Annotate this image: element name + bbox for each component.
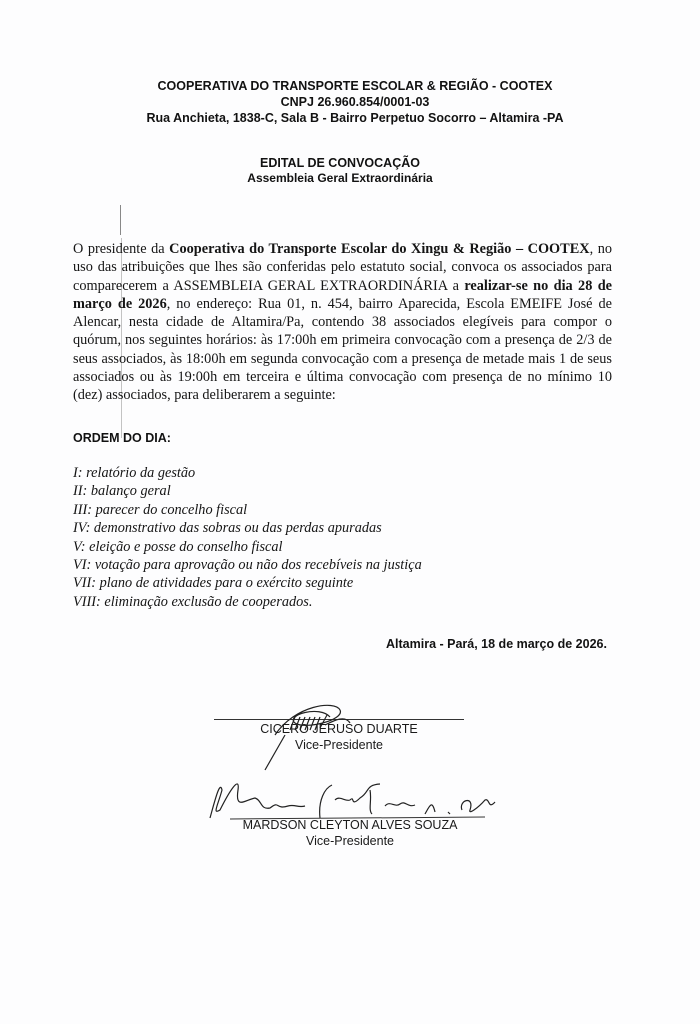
document-page: COOPERATIVA DO TRANSPORTE ESCOLAR & REGI… — [0, 0, 700, 1024]
convocation-paragraph: O presidente da Cooperativa do Transport… — [73, 240, 612, 405]
organization-address: Rua Anchieta, 1838-C, Sala B - Bairro Pe… — [120, 110, 590, 126]
agenda-item: III: parecer do concelho fiscal — [73, 501, 422, 519]
cooperative-name: Cooperativa do Transporte Escolar do Xin… — [169, 241, 589, 257]
document-subtitle: Assembleia Geral Extraordinária — [200, 171, 480, 186]
agenda-item: IV: demonstrativo das sobras ou das perd… — [73, 519, 422, 537]
paragraph-text: , no endereço: Rua 01, n. 454, bairro Ap… — [73, 296, 612, 403]
paragraph-text: O presidente da — [73, 241, 169, 257]
agenda-item: I: relatório da gestão — [73, 464, 422, 482]
agenda-list: I: relatório da gestão II: balanço geral… — [73, 464, 422, 611]
agenda-item: II: balanço geral — [73, 482, 422, 500]
agenda-item: VIII: eliminação exclusão de cooperados. — [73, 593, 422, 611]
organization-cnpj: CNPJ 26.960.854/0001-03 — [120, 94, 590, 110]
paper-crease — [120, 205, 121, 235]
agenda-item: V: eleição e posse do conselho fiscal — [73, 538, 422, 556]
agenda-item: VII: plano de atividades para o exército… — [73, 574, 422, 592]
president-name: CICERO JERUSO DUARTE — [214, 722, 464, 736]
document-title: EDITAL DE CONVOCAÇÃO — [200, 156, 480, 171]
organization-name: COOPERATIVA DO TRANSPORTE ESCOLAR & REGI… — [120, 78, 590, 94]
organization-header: COOPERATIVA DO TRANSPORTE ESCOLAR & REGI… — [120, 78, 590, 126]
president-role: Vice-Presidente — [214, 738, 464, 752]
edital-title: EDITAL DE CONVOCAÇÃO Assembleia Geral Ex… — [200, 156, 480, 186]
agenda-item: VI: votação para aprovação ou não dos re… — [73, 556, 422, 574]
agenda-title: ORDEM DO DIA: — [73, 431, 171, 445]
vice-president-role: Vice-Presidente — [200, 834, 500, 848]
place-and-date: Altamira - Pará, 18 de março de 2026. — [386, 637, 607, 651]
vice-president-name: MARDSON CLEYTON ALVES SOUZA — [200, 818, 500, 832]
